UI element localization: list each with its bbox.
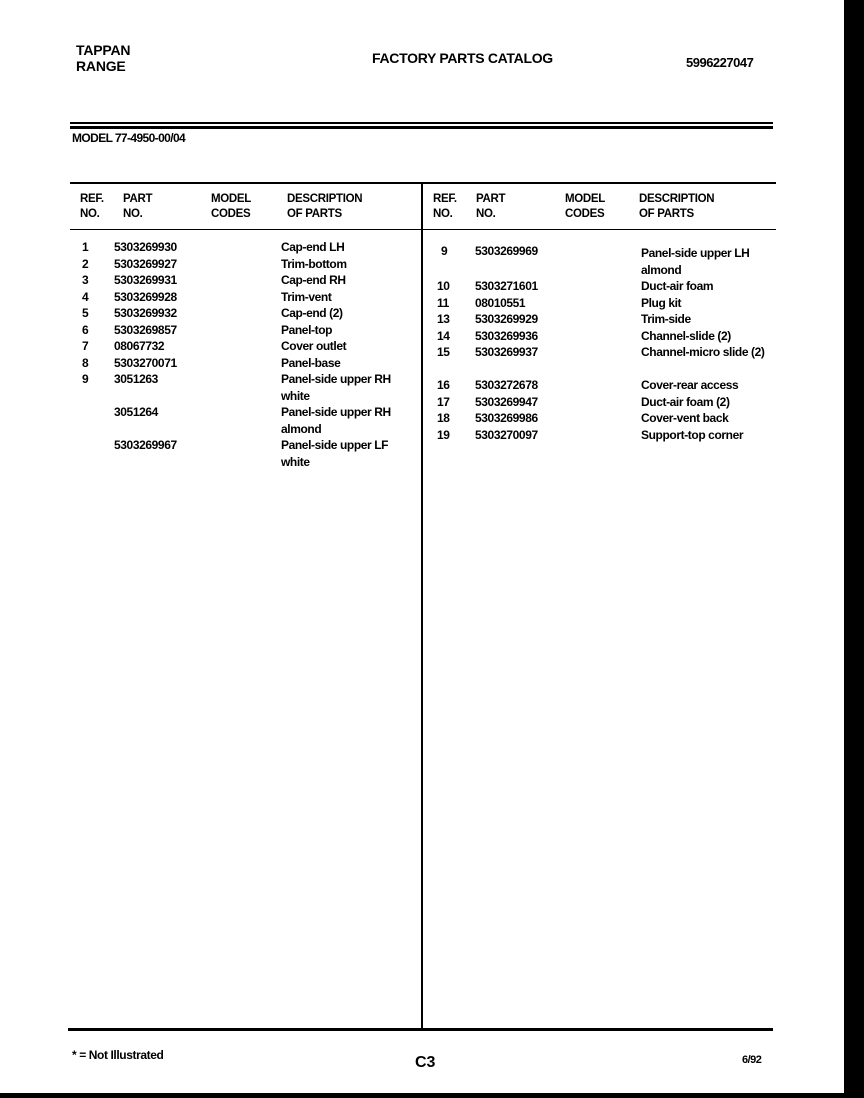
- brand-line-2: RANGE: [76, 58, 130, 74]
- header-model-line2: CODES: [565, 207, 605, 222]
- part-description: Channel-slide (2): [641, 328, 773, 345]
- part-no: 5303269969: [475, 243, 538, 260]
- table-header-rule: [70, 229, 776, 230]
- ref-no: 13: [437, 311, 450, 328]
- part-description: Cover-vent back: [641, 410, 773, 427]
- right-header-model: MODEL CODES: [565, 192, 605, 222]
- divider: [70, 122, 773, 124]
- ref-no: 10: [437, 278, 450, 295]
- header-desc-line1: DESCRIPTION: [287, 192, 362, 207]
- part-no: 08010551: [475, 295, 525, 312]
- part-no: 5303269937: [475, 344, 538, 361]
- part-description: Cover-rear access: [641, 377, 773, 394]
- part-no: 5303269936: [475, 328, 538, 345]
- table-row: 135303269929Trim-side: [0, 311, 800, 328]
- footer-note: * = Not Illustrated: [72, 1048, 163, 1062]
- right-header-part: PART NO.: [476, 192, 505, 222]
- brand-line-1: TAPPAN: [76, 42, 130, 58]
- part-description: Duct-air foam: [641, 278, 773, 295]
- ref-no: 17: [437, 394, 450, 411]
- left-header-desc: DESCRIPTION OF PARTS: [287, 192, 362, 222]
- ref-no: 19: [437, 427, 450, 444]
- page-code: C3: [415, 1054, 435, 1072]
- table-row: 1108010551Plug kit: [0, 295, 800, 312]
- ref-no: 11: [437, 295, 449, 312]
- table-row: 185303269986Cover-vent back: [0, 410, 800, 427]
- right-parts-list: 95303269969Panel-side upper LH almond 10…: [0, 243, 800, 443]
- part-no: 5303269929: [475, 311, 538, 328]
- header-desc-line2: OF PARTS: [639, 207, 714, 222]
- scan-edge-right: [844, 0, 864, 1098]
- right-header-desc: DESCRIPTION OF PARTS: [639, 192, 714, 222]
- ref-no: 9: [441, 243, 447, 260]
- left-header-ref: REF. NO.: [80, 192, 104, 222]
- table-row: 175303269947Duct-air foam (2): [0, 394, 800, 411]
- divider: [70, 126, 773, 129]
- catalog-number: 5996227047: [686, 55, 753, 70]
- left-header-model: MODEL CODES: [211, 192, 251, 222]
- header-desc-line1: DESCRIPTION: [639, 192, 714, 207]
- part-no: 5303272678: [475, 377, 538, 394]
- part-description: Support-top corner: [641, 427, 773, 444]
- ref-no: 16: [437, 377, 450, 394]
- part-description: Trim-side: [641, 311, 773, 328]
- header-model-line1: MODEL: [565, 192, 605, 207]
- header-desc-line2: OF PARTS: [287, 207, 362, 222]
- table-row: 95303269969Panel-side upper LH almond: [0, 243, 800, 278]
- ref-no: 15: [437, 344, 450, 361]
- header-part-line2: NO.: [123, 207, 152, 222]
- header-part-line1: PART: [123, 192, 152, 207]
- part-no: 5303270097: [475, 427, 538, 444]
- header-ref-line2: NO.: [80, 207, 104, 222]
- part-description: Plug kit: [641, 295, 773, 312]
- page-title: FACTORY PARTS CATALOG: [372, 50, 553, 66]
- table-row: 165303272678Cover-rear access: [0, 377, 800, 394]
- header-part-line1: PART: [476, 192, 505, 207]
- header-ref-line2: NO.: [433, 207, 457, 222]
- part-description: Duct-air foam (2): [641, 394, 773, 411]
- table-row: 155303269937Channel-micro slide (2): [0, 344, 800, 377]
- brand: TAPPAN RANGE: [76, 42, 130, 74]
- ref-no: 18: [437, 410, 450, 427]
- part-description: Panel-side upper LH almond: [641, 245, 773, 278]
- part-no: 5303269986: [475, 410, 538, 427]
- table-row: 195303270097Support-top corner: [0, 427, 800, 444]
- header-model-line2: CODES: [211, 207, 251, 222]
- header-ref-line1: REF.: [433, 192, 457, 207]
- ref-no: 14: [437, 328, 450, 345]
- header-part-line2: NO.: [476, 207, 505, 222]
- table-row: 105303271601Duct-air foam: [0, 278, 800, 295]
- revision-date: 6/92: [742, 1054, 761, 1066]
- header-model-line1: MODEL: [211, 192, 251, 207]
- model-number: MODEL 77-4950-00/04: [72, 131, 185, 145]
- table-row: 145303269936Channel-slide (2): [0, 328, 800, 345]
- part-no: 5303269947: [475, 394, 538, 411]
- right-header-ref: REF. NO.: [433, 192, 457, 222]
- table-top-rule: [70, 182, 776, 184]
- left-header-part: PART NO.: [123, 192, 152, 222]
- part-no: 5303271601: [475, 278, 538, 295]
- part-description: Channel-micro slide (2): [641, 344, 773, 361]
- scan-edge-bottom: [0, 1093, 864, 1098]
- header-ref-line1: REF.: [80, 192, 104, 207]
- table-bottom-rule: [68, 1028, 773, 1031]
